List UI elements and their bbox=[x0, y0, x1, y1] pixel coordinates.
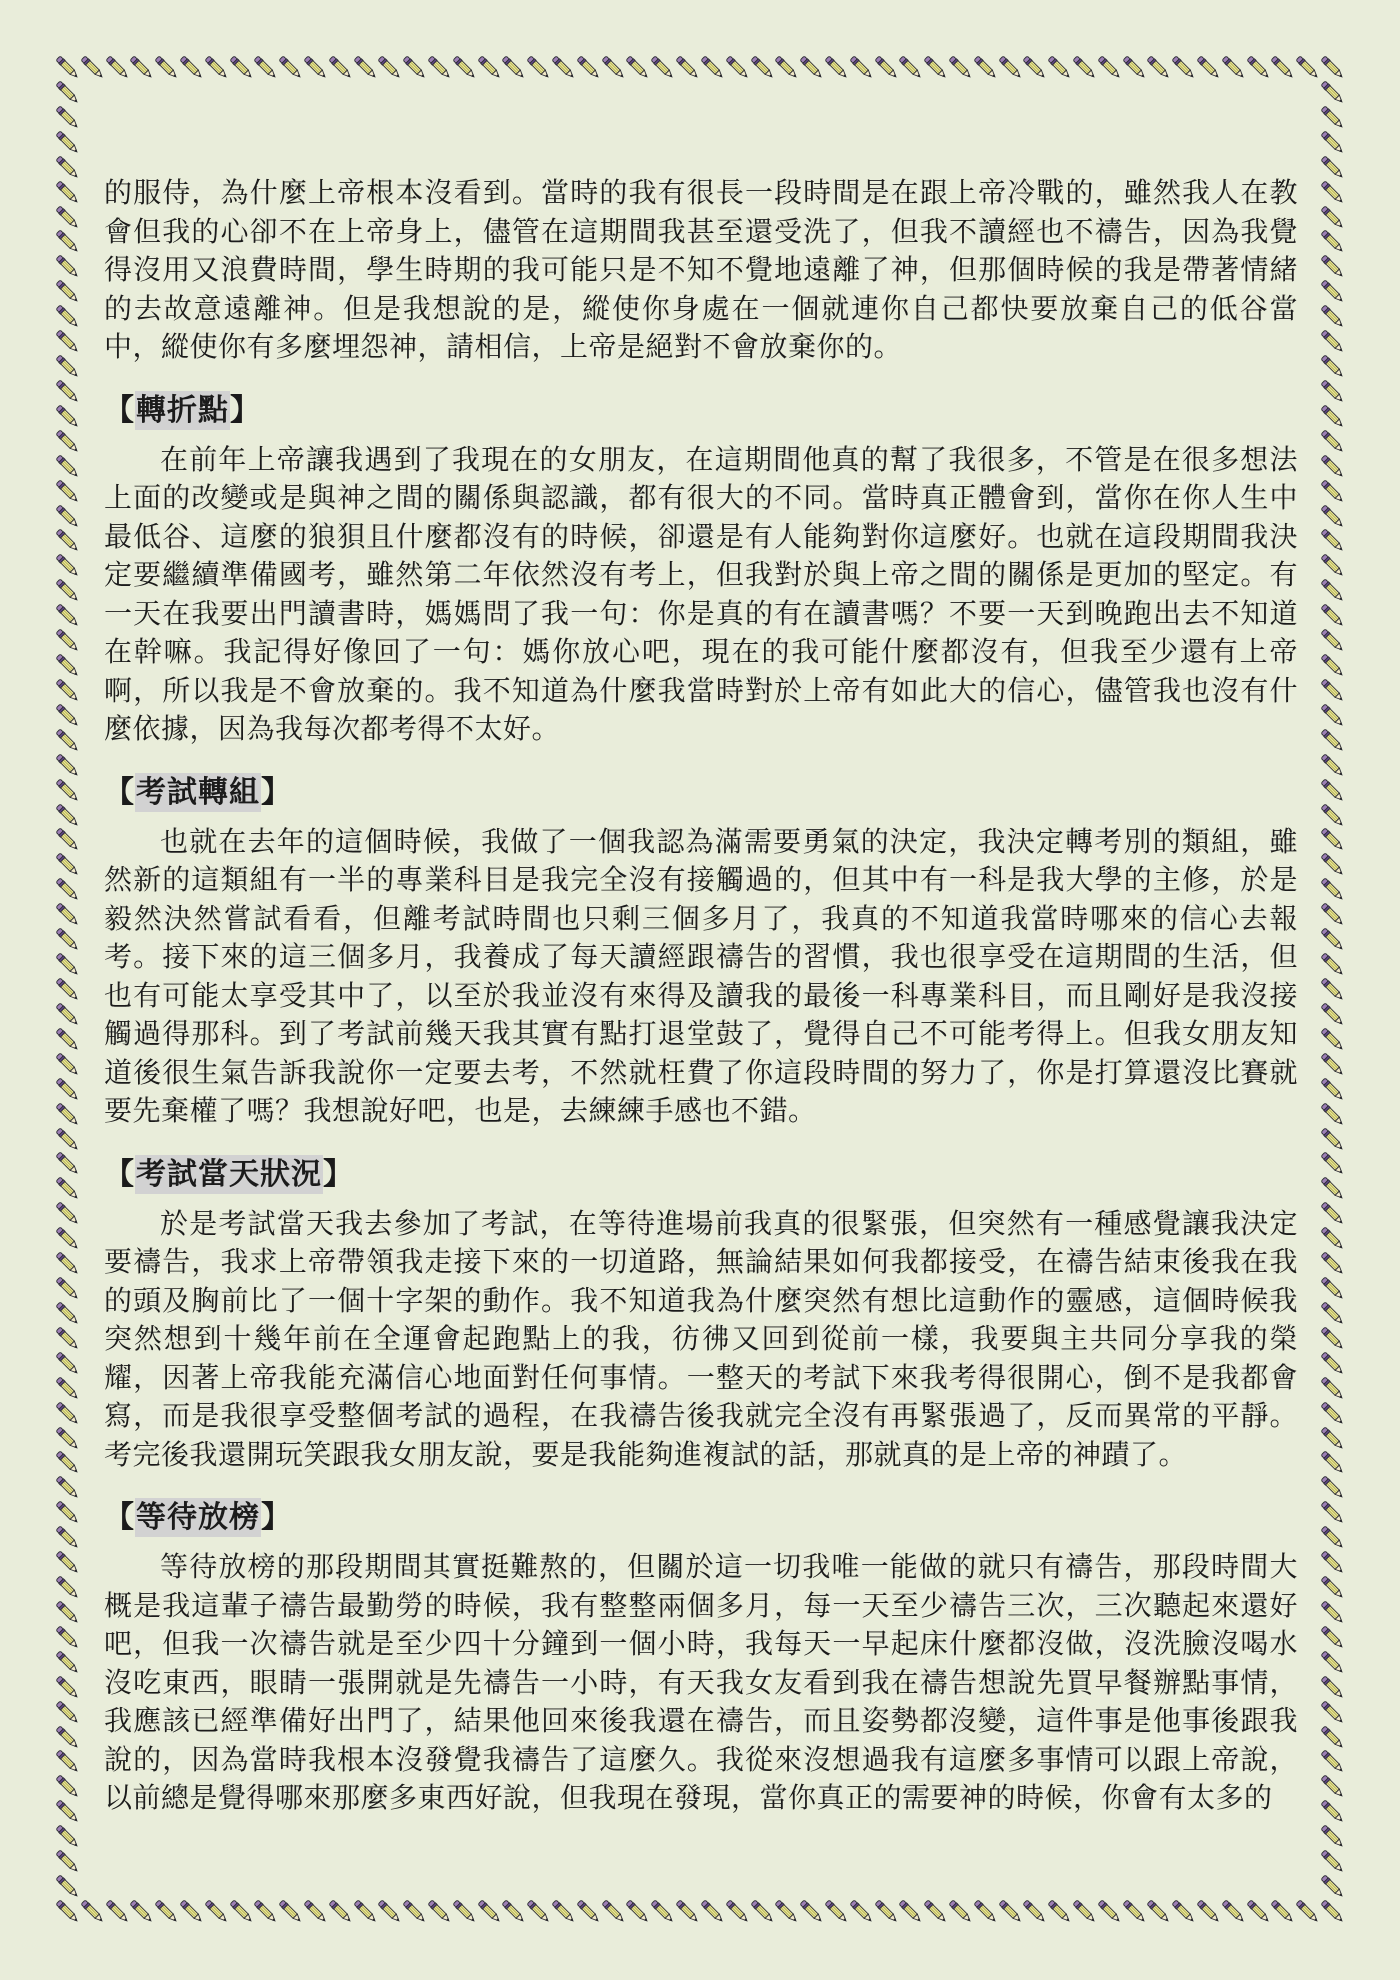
pencil-icon bbox=[55, 1824, 81, 1850]
pencil-icon bbox=[1320, 55, 1346, 81]
pencil-icon bbox=[1320, 1575, 1346, 1601]
paragraph: 也就在去年的這個時候，我做了一個我認為滿需要勇氣的決定，我決定轉考別的類組，雖然… bbox=[104, 823, 1298, 1131]
pencil-icon bbox=[55, 1027, 81, 1053]
pencil-icon bbox=[824, 1899, 850, 1925]
pencil-icon bbox=[55, 1102, 81, 1128]
pencil-icon bbox=[1320, 354, 1346, 380]
pencil-icon bbox=[1320, 404, 1346, 430]
pencil-icon bbox=[55, 1500, 81, 1526]
pencil-icon bbox=[55, 528, 81, 554]
pencil-icon bbox=[625, 55, 651, 81]
pencil-icon bbox=[55, 80, 81, 106]
pencil-icon bbox=[55, 1774, 81, 1800]
pencil-icon bbox=[1320, 1426, 1346, 1452]
pencil-icon bbox=[1320, 927, 1346, 953]
pencil-icon bbox=[973, 55, 999, 81]
pencil-icon bbox=[55, 1077, 81, 1103]
section-heading: 【等待放榜】 bbox=[104, 1498, 1298, 1538]
pencil-icon bbox=[1320, 1625, 1346, 1651]
pencil-icon bbox=[253, 55, 279, 81]
pencil-icon bbox=[1221, 1899, 1247, 1925]
pencil-icon bbox=[55, 1401, 81, 1427]
pencil-icon bbox=[1320, 578, 1346, 604]
pencil-icon bbox=[1320, 528, 1346, 554]
pencil-icon bbox=[948, 55, 974, 81]
pencil-icon bbox=[204, 1899, 230, 1925]
pencil-icon bbox=[55, 1376, 81, 1402]
pencil-icon bbox=[55, 504, 81, 530]
pencil-icon bbox=[1320, 877, 1346, 903]
pencil-icon bbox=[402, 55, 428, 81]
pencil-icon bbox=[129, 55, 155, 81]
pencil-icon bbox=[55, 105, 81, 131]
pencil-icon bbox=[377, 1899, 403, 1925]
pencil-icon bbox=[55, 852, 81, 878]
pencil-icon bbox=[700, 55, 726, 81]
pencil-icon bbox=[80, 55, 106, 81]
pencil-icon bbox=[1320, 1002, 1346, 1028]
pencil-icon bbox=[1320, 1824, 1346, 1850]
pencil-icon bbox=[55, 628, 81, 654]
pencil-icon bbox=[55, 180, 81, 206]
pencil-icon bbox=[1320, 1226, 1346, 1252]
pencil-icon bbox=[1320, 1077, 1346, 1103]
pencil-icon bbox=[55, 578, 81, 604]
pencil-icon bbox=[1320, 1351, 1346, 1377]
pencil-icon bbox=[576, 55, 602, 81]
pencil-icon bbox=[55, 279, 81, 305]
pencil-icon bbox=[725, 55, 751, 81]
pencil-icon bbox=[55, 1575, 81, 1601]
pencil-icon bbox=[55, 1351, 81, 1377]
pencil-icon bbox=[55, 1201, 81, 1227]
document-body: 的服侍，為什麼上帝根本沒看到。當時的我有很長一段時間是在跟上帝冷戰的，雖然我人在… bbox=[104, 174, 1298, 1818]
pencil-icon bbox=[55, 1301, 81, 1327]
pencil-icon bbox=[1270, 1899, 1296, 1925]
pencil-icon bbox=[1320, 205, 1346, 231]
pencil-icon bbox=[601, 1899, 627, 1925]
pencil-icon bbox=[799, 1899, 825, 1925]
pencil-icon bbox=[501, 1899, 527, 1925]
heading-label: 考試當天狀況 bbox=[135, 1155, 323, 1194]
pencil-icon bbox=[55, 55, 81, 81]
pencil-icon bbox=[973, 1899, 999, 1925]
pencil-icon bbox=[353, 55, 379, 81]
pencil-icon bbox=[1320, 1326, 1346, 1352]
pencil-icon bbox=[1196, 1899, 1222, 1925]
pencil-icon bbox=[55, 1052, 81, 1078]
pencil-icon bbox=[1320, 1176, 1346, 1202]
pencil-icon bbox=[1320, 1725, 1346, 1751]
pencil-icon bbox=[551, 1899, 577, 1925]
pencil-icon bbox=[874, 1899, 900, 1925]
pencil-icon bbox=[1196, 55, 1222, 81]
pencil-icon bbox=[1320, 1749, 1346, 1775]
pencil-icon bbox=[55, 354, 81, 380]
pencil-icon bbox=[1320, 229, 1346, 255]
paragraph: 在前年上帝讓我遇到了我現在的女朋友，在這期間他真的幫了我很多，不管是在很多想法上… bbox=[104, 441, 1298, 749]
pencil-icon bbox=[1320, 379, 1346, 405]
pencil-icon bbox=[675, 1899, 701, 1925]
pencil-icon bbox=[328, 55, 354, 81]
pencil-icon bbox=[1320, 1799, 1346, 1825]
pencil-icon bbox=[1270, 55, 1296, 81]
pencil-icon bbox=[1320, 1525, 1346, 1551]
pencil-icon bbox=[1320, 678, 1346, 704]
pencil-icon bbox=[1320, 803, 1346, 829]
pencil-icon bbox=[55, 1725, 81, 1751]
pencil-icon bbox=[1320, 1600, 1346, 1626]
pencil-icon bbox=[303, 55, 329, 81]
heading-bracket-open: 【 bbox=[104, 1500, 135, 1535]
pencil-icon bbox=[1320, 1475, 1346, 1501]
pencil-icon bbox=[1221, 55, 1247, 81]
heading-label: 等待放榜 bbox=[135, 1498, 261, 1537]
pencil-icon bbox=[998, 1899, 1024, 1925]
pencil-icon bbox=[1320, 902, 1346, 928]
pencil-icon bbox=[824, 55, 850, 81]
pencil-icon bbox=[1320, 504, 1346, 530]
pencil-icon bbox=[1320, 778, 1346, 804]
pencil-icon bbox=[1171, 1899, 1197, 1925]
pencil-icon bbox=[1320, 1127, 1346, 1153]
pencil-icon bbox=[1171, 55, 1197, 81]
pencil-icon bbox=[998, 55, 1024, 81]
pencil-icon bbox=[625, 1899, 651, 1925]
pencil-icon bbox=[129, 1899, 155, 1925]
pencil-icon bbox=[1320, 329, 1346, 355]
pencil-icon bbox=[55, 205, 81, 231]
pencil-icon bbox=[452, 55, 478, 81]
pencil-icon bbox=[204, 55, 230, 81]
pencil-icon bbox=[55, 1899, 81, 1925]
pencil-icon bbox=[1320, 1849, 1346, 1875]
heading-bracket-close: 】 bbox=[261, 1500, 292, 1535]
pencil-icon bbox=[55, 1450, 81, 1476]
pencil-icon bbox=[229, 55, 255, 81]
pencil-icon bbox=[402, 1899, 428, 1925]
pencil-icon bbox=[55, 728, 81, 754]
pencil-icon bbox=[849, 1899, 875, 1925]
pencil-icon bbox=[154, 1899, 180, 1925]
pencil-icon bbox=[55, 329, 81, 355]
heading-bracket-open: 【 bbox=[104, 393, 135, 428]
pencil-icon bbox=[55, 1151, 81, 1177]
section-heading: 【轉折點】 bbox=[104, 391, 1298, 431]
pencil-icon bbox=[1320, 1376, 1346, 1402]
pencil-icon bbox=[253, 1899, 279, 1925]
pencil-icon bbox=[55, 404, 81, 430]
pencil-icon bbox=[1146, 1899, 1172, 1925]
pencil-icon bbox=[55, 1525, 81, 1551]
pencil-icon bbox=[1320, 1401, 1346, 1427]
pencil-icon bbox=[55, 1276, 81, 1302]
pencil-icon bbox=[700, 1899, 726, 1925]
pencil-icon bbox=[1295, 55, 1321, 81]
pencil-icon bbox=[55, 1426, 81, 1452]
pencil-icon bbox=[55, 1600, 81, 1626]
pencil-icon bbox=[80, 1899, 106, 1925]
pencil-icon bbox=[55, 927, 81, 953]
pencil-icon bbox=[55, 877, 81, 903]
pencil-icon bbox=[55, 229, 81, 255]
pencil-icon bbox=[377, 55, 403, 81]
pencil-icon bbox=[55, 429, 81, 455]
pencil-icon bbox=[55, 1700, 81, 1726]
pencil-icon bbox=[1320, 429, 1346, 455]
pencil-icon bbox=[898, 55, 924, 81]
pencil-icon bbox=[1320, 603, 1346, 629]
heading-label: 轉折點 bbox=[135, 391, 230, 430]
section-heading: 【考試當天狀況】 bbox=[104, 1155, 1298, 1195]
pencil-icon bbox=[55, 1002, 81, 1028]
pencil-icon bbox=[1320, 1201, 1346, 1227]
pencil-icon bbox=[55, 1799, 81, 1825]
pencil-icon bbox=[1320, 1774, 1346, 1800]
pencil-icon bbox=[55, 1550, 81, 1576]
pencil-icon bbox=[55, 1650, 81, 1676]
pencil-icon bbox=[849, 55, 875, 81]
paragraph: 等待放榜的那段期間其實挺難熬的，但關於這一切我唯一能做的就只有禱告，那段時間大概… bbox=[104, 1548, 1298, 1818]
pencil-icon bbox=[650, 1899, 676, 1925]
pencil-icon bbox=[1320, 703, 1346, 729]
pencil-icon bbox=[1072, 55, 1098, 81]
pencil-icon bbox=[1295, 1899, 1321, 1925]
pencil-icon bbox=[1146, 55, 1172, 81]
pencil-icon bbox=[477, 55, 503, 81]
pencil-icon bbox=[1320, 1251, 1346, 1277]
pencil-icon bbox=[1320, 1550, 1346, 1576]
pencil-icon bbox=[55, 130, 81, 156]
pencil-icon bbox=[55, 1251, 81, 1277]
pencil-icon bbox=[576, 1899, 602, 1925]
pencil-icon bbox=[328, 1899, 354, 1925]
pencil-icon bbox=[55, 1874, 81, 1900]
heading-label: 考試轉組 bbox=[135, 773, 261, 812]
pencil-icon bbox=[1320, 254, 1346, 280]
pencil-icon bbox=[799, 55, 825, 81]
pencil-icon bbox=[55, 778, 81, 804]
pencil-icon bbox=[1320, 553, 1346, 579]
pencil-icon bbox=[1320, 753, 1346, 779]
pencil-icon bbox=[179, 1899, 205, 1925]
pencil-icon bbox=[1320, 479, 1346, 505]
paragraph: 的服侍，為什麼上帝根本沒看到。當時的我有很長一段時間是在跟上帝冷戰的，雖然我人在… bbox=[104, 174, 1298, 367]
pencil-icon bbox=[1320, 977, 1346, 1003]
pencil-icon bbox=[1320, 1052, 1346, 1078]
pencil-icon bbox=[55, 1675, 81, 1701]
pencil-icon bbox=[1320, 279, 1346, 305]
pencil-icon bbox=[1097, 1899, 1123, 1925]
pencil-icon bbox=[278, 55, 304, 81]
pencil-icon bbox=[601, 55, 627, 81]
pencil-icon bbox=[1320, 653, 1346, 679]
pencil-icon bbox=[1122, 55, 1148, 81]
pencil-icon bbox=[725, 1899, 751, 1925]
pencil-icon bbox=[501, 55, 527, 81]
pencil-icon bbox=[353, 1899, 379, 1925]
pencil-icon bbox=[55, 1849, 81, 1875]
pencil-icon bbox=[1320, 1027, 1346, 1053]
pencil-icon bbox=[526, 1899, 552, 1925]
pencil-icon bbox=[229, 1899, 255, 1925]
pencil-icon bbox=[179, 55, 205, 81]
paragraph: 於是考試當天我去參加了考試，在等待進場前我真的很緊張，但突然有一種感覺讓我決定要… bbox=[104, 1205, 1298, 1475]
pencil-icon bbox=[105, 55, 131, 81]
pencil-icon bbox=[55, 678, 81, 704]
pencil-icon bbox=[278, 1899, 304, 1925]
pencil-icon bbox=[55, 653, 81, 679]
pencil-icon bbox=[1320, 304, 1346, 330]
pencil-icon bbox=[55, 803, 81, 829]
pencil-icon bbox=[1320, 1276, 1346, 1302]
pencil-icon bbox=[650, 55, 676, 81]
pencil-icon bbox=[1246, 55, 1272, 81]
pencil-icon bbox=[675, 55, 701, 81]
pencil-icon bbox=[1320, 1102, 1346, 1128]
pencil-icon bbox=[1320, 1700, 1346, 1726]
pencil-icon bbox=[55, 753, 81, 779]
pencil-icon bbox=[1320, 1450, 1346, 1476]
pencil-icon bbox=[55, 1226, 81, 1252]
pencil-icon bbox=[551, 55, 577, 81]
pencil-icon bbox=[1320, 1650, 1346, 1676]
pencil-icon bbox=[55, 1127, 81, 1153]
pencil-icon bbox=[55, 703, 81, 729]
pencil-icon bbox=[1320, 952, 1346, 978]
pencil-icon bbox=[1320, 728, 1346, 754]
pencil-icon bbox=[750, 55, 776, 81]
pencil-icon bbox=[1072, 1899, 1098, 1925]
pencil-icon bbox=[55, 553, 81, 579]
pencil-icon bbox=[105, 1899, 131, 1925]
pencil-icon bbox=[774, 1899, 800, 1925]
scanned-page: 的服侍，為什麼上帝根本沒看到。當時的我有很長一段時間是在跟上帝冷戰的，雖然我人在… bbox=[0, 0, 1400, 1980]
pencil-icon bbox=[1047, 55, 1073, 81]
pencil-icon bbox=[1320, 1899, 1346, 1925]
pencil-icon bbox=[874, 55, 900, 81]
pencil-icon bbox=[1320, 1151, 1346, 1177]
pencil-icon bbox=[303, 1899, 329, 1925]
pencil-icon bbox=[55, 379, 81, 405]
pencil-icon bbox=[1097, 55, 1123, 81]
heading-bracket-close: 】 bbox=[323, 1157, 354, 1192]
pencil-icon bbox=[154, 55, 180, 81]
heading-bracket-close: 】 bbox=[230, 393, 261, 428]
pencil-icon bbox=[427, 1899, 453, 1925]
pencil-icon bbox=[923, 55, 949, 81]
pencil-icon bbox=[55, 952, 81, 978]
pencil-icon bbox=[1320, 852, 1346, 878]
pencil-icon bbox=[55, 454, 81, 480]
pencil-icon bbox=[774, 55, 800, 81]
heading-bracket-open: 【 bbox=[104, 775, 135, 810]
pencil-icon bbox=[55, 304, 81, 330]
pencil-icon bbox=[477, 1899, 503, 1925]
pencil-icon bbox=[750, 1899, 776, 1925]
pencil-icon bbox=[1320, 827, 1346, 853]
section-heading: 【考試轉組】 bbox=[104, 773, 1298, 813]
pencil-icon bbox=[1320, 1675, 1346, 1701]
pencil-icon bbox=[1320, 130, 1346, 156]
pencil-icon bbox=[1320, 155, 1346, 181]
pencil-icon bbox=[55, 1326, 81, 1352]
pencil-icon bbox=[55, 155, 81, 181]
pencil-icon bbox=[1047, 1899, 1073, 1925]
pencil-icon bbox=[1320, 1301, 1346, 1327]
pencil-icon bbox=[1320, 180, 1346, 206]
pencil-icon bbox=[1320, 105, 1346, 131]
pencil-icon bbox=[55, 902, 81, 928]
pencil-icon bbox=[1246, 1899, 1272, 1925]
pencil-icon bbox=[1320, 1874, 1346, 1900]
pencil-icon bbox=[55, 1749, 81, 1775]
pencil-icon bbox=[55, 977, 81, 1003]
pencil-icon bbox=[1320, 80, 1346, 106]
pencil-icon bbox=[55, 827, 81, 853]
pencil-icon bbox=[1320, 1500, 1346, 1526]
pencil-icon bbox=[1122, 1899, 1148, 1925]
pencil-icon bbox=[898, 1899, 924, 1925]
pencil-icon bbox=[1022, 55, 1048, 81]
pencil-icon bbox=[427, 55, 453, 81]
heading-bracket-close: 】 bbox=[261, 775, 292, 810]
pencil-icon bbox=[55, 254, 81, 280]
pencil-icon bbox=[923, 1899, 949, 1925]
pencil-icon bbox=[55, 603, 81, 629]
pencil-icon bbox=[452, 1899, 478, 1925]
pencil-icon bbox=[1022, 1899, 1048, 1925]
pencil-icon bbox=[1320, 628, 1346, 654]
pencil-icon bbox=[55, 1475, 81, 1501]
pencil-icon bbox=[55, 1176, 81, 1202]
pencil-icon bbox=[55, 1625, 81, 1651]
pencil-icon bbox=[1320, 454, 1346, 480]
pencil-icon bbox=[948, 1899, 974, 1925]
pencil-icon bbox=[55, 479, 81, 505]
heading-bracket-open: 【 bbox=[104, 1157, 135, 1192]
pencil-icon bbox=[526, 55, 552, 81]
